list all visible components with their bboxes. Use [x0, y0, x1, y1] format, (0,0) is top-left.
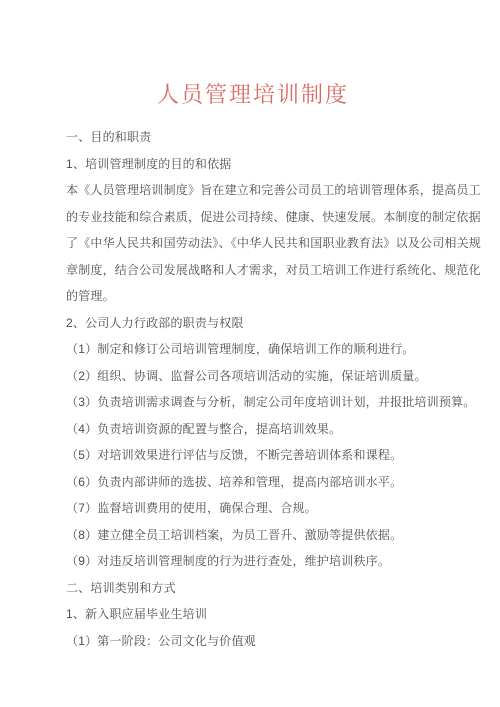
list-item-line: （1）制定和修订公司培训管理制度，确保培训工作的顺利进行。 — [66, 336, 440, 363]
heading-line: 1、新入职应届毕业生培训 — [66, 601, 440, 628]
list-item-line: （5）对培训效果进行评估与反馈，不断完善培训体系和课程。 — [66, 442, 440, 469]
list-item-line: （4）负责培训资源的配置与整合，提高培训效果。 — [66, 416, 440, 443]
heading-line: 一、目的和职责 — [66, 124, 440, 151]
paragraph-line: 了《中华人民共和国劳动法》、《中华人民共和国职业教育法》以及公司相关规 — [66, 230, 440, 257]
paragraph-line: 的专业技能和综合素质，促进公司持续、健康、快速发展。本制度的制定依据 — [66, 204, 440, 231]
document-page: 人员管理培训制度 一、目的和职责1、培训管理制度的目的和依据本《人员管理培训制度… — [0, 0, 500, 707]
paragraph-line: 本《人员管理培训制度》旨在建立和完善公司员工的培训管理体系，提高员工 — [66, 177, 440, 204]
document-body: 一、目的和职责1、培训管理制度的目的和依据本《人员管理培训制度》旨在建立和完善公… — [66, 124, 440, 654]
list-item-line: （7）监督培训费用的使用，确保合理、合规。 — [66, 495, 440, 522]
list-item-line: （3）负责培训需求调查与分析，制定公司年度培训计划，并报批培训预算。 — [66, 389, 440, 416]
paragraph-line: 章制度，结合公司发展战略和人才需求，对员工培训工作进行系统化、规范化 — [66, 257, 440, 284]
heading-line: 1、培训管理制度的目的和依据 — [66, 151, 440, 178]
list-item-line: （6）负责内部讲师的选拔、培养和管理，提高内部培训水平。 — [66, 469, 440, 496]
list-item-line: （8）建立健全员工培训档案，为员工晋升、激励等提供依据。 — [66, 522, 440, 549]
list-item-line: （1）第一阶段：公司文化与价值观 — [66, 628, 440, 655]
heading-line: 二、培训类别和方式 — [66, 575, 440, 602]
document-title: 人员管理培训制度 — [66, 80, 440, 110]
list-item-line: （2）组织、协调、监督公司各项培训活动的实施，保证培训质量。 — [66, 363, 440, 390]
list-item-line: （9）对违反培训管理制度的行为进行查处，维护培训秩序。 — [66, 548, 440, 575]
paragraph-line: 的管理。 — [66, 283, 440, 310]
heading-line: 2、公司人力行政部的职责与权限 — [66, 310, 440, 337]
